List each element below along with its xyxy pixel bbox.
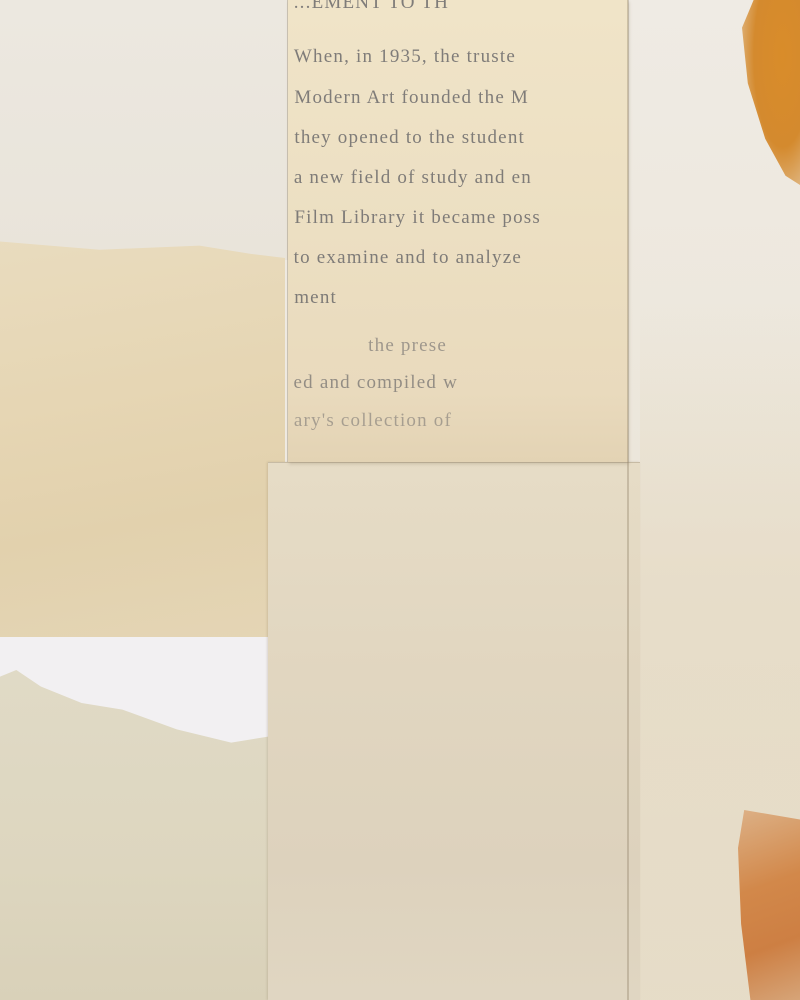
text-line: the prese — [288, 335, 628, 357]
off-white-paper-top-left — [0, 0, 300, 260]
seam-line — [627, 0, 629, 1000]
lower-paper-strip — [268, 462, 640, 1000]
text-line: ary's collection of — [288, 410, 628, 432]
text-line: Modern Art founded the M — [288, 87, 628, 109]
book-page-strip: ...EMENT TO TH When, in 1935, the truste… — [288, 0, 628, 462]
text-line: ed and compiled w — [288, 372, 628, 394]
seam-line — [287, 0, 288, 462]
text-line: to examine and to analyze — [288, 247, 628, 269]
rust-paint-bottom-right — [738, 810, 800, 1000]
text-line: ...EMENT TO TH — [288, 0, 628, 14]
beige-paint-band — [0, 225, 285, 637]
text-line: When, in 1935, the truste — [288, 46, 628, 68]
text-line: ment — [288, 287, 628, 309]
text-line: a new field of study and en — [288, 167, 628, 189]
seam-line — [268, 462, 640, 463]
text-line: Film Library it became poss — [288, 207, 628, 229]
text-line: they opened to the student — [288, 127, 628, 149]
